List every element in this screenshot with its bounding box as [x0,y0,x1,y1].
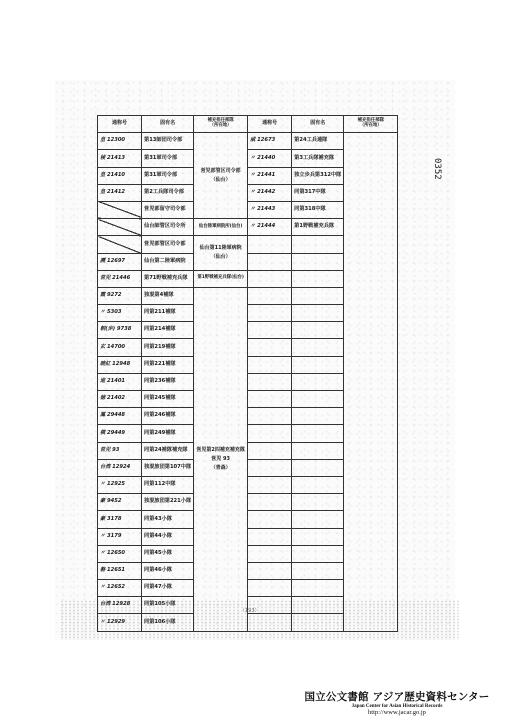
header-name-right: 固有名 [292,116,344,133]
unit-code: 営児 21446 [98,270,142,287]
unit-name: 営児部留守司令部 [142,201,194,218]
unit-code [248,339,292,356]
header-name-left: 固有名 [142,116,194,133]
unit-name: 仙台師管区司令所 [142,219,194,236]
unit-name: 独立歩兵第312中隊 [292,167,344,184]
unit-name [292,476,344,493]
unit-code [248,459,292,476]
unit-code [98,236,142,253]
unit-name: 同第214補隊 [142,322,194,339]
unit-name: 独混第4補隊 [142,287,194,304]
unit-code: 磐 12651 [98,562,142,579]
unit-name [292,322,344,339]
unit-name: 第24工兵連隊 [292,133,344,150]
unit-code: 〃 3179 [98,528,142,545]
unit-name: 第13師団司令部 [142,133,194,150]
unit-name [292,545,344,562]
header-supply-left: 補充担任部隊 （所在地） [194,116,248,133]
table-row: 皇 12300第13師団司令部営児部管区司令部（仙台）威 12673第24工兵連… [98,133,398,150]
unit-name: 同第105小隊 [142,597,194,614]
unit-code [248,511,292,528]
unit-code: 模 29449 [98,425,142,442]
unit-name [292,459,344,476]
unit-name [292,270,344,287]
unit-name [292,597,344,614]
unit-code: 皇 21410 [98,167,142,184]
unit-name: 第31軍司令部 [142,167,194,184]
unit-code [248,476,292,493]
unit-code [248,391,292,408]
unit-name: 第1野戦補充兵隊 [292,219,344,236]
unit-name [292,494,344,511]
header-code-left: 通称号 [98,116,142,133]
unit-name [292,614,344,631]
unit-name [292,373,344,390]
unit-name: 独混旅団第107中隊 [142,459,194,476]
unit-code: 〃 5303 [98,305,142,322]
unit-code: 〃 12650 [98,545,142,562]
page-number: 0352 [432,158,442,180]
unit-name [292,287,344,304]
unit-code: 豪 3178 [98,511,142,528]
unit-name: 同第318中隊 [292,201,344,218]
supply-unit-block: 営児部管区司令部（仙台） [194,133,248,219]
unit-name: 第31軍司令部 [142,150,194,167]
unit-name: 第3工兵隊補充隊 [292,150,344,167]
unit-name: 同第317中隊 [292,184,344,201]
unit-code: 護 12697 [98,253,142,270]
unit-code [98,201,142,218]
table-header-row: 通称号 固有名 補充担任部隊 （所在地） 通称号 固有名 補充担任部隊 （所在地… [98,116,398,133]
unit-code [248,253,292,270]
unit-code: 朝(歩) 9738 [98,322,142,339]
unit-code: 〃 21441 [248,167,292,184]
archive-footer: 国立公文書館 アジア歴史資料センター Japan Center for Asia… [285,689,509,716]
unit-code: 稜 21413 [98,150,142,167]
unit-code [248,305,292,322]
unit-name: 同第211補隊 [142,305,194,322]
unit-name: 同第24補隊補充隊 [142,442,194,459]
unit-name [292,442,344,459]
supply-unit: 第1野戦補充兵隊(仙台) [194,270,248,287]
unit-name: 同第43小隊 [142,511,194,528]
unit-name: 同第249補隊 [142,425,194,442]
unit-name: 同第106小隊 [142,614,194,631]
unit-name: 同第219補隊 [142,339,194,356]
unit-code: 〃 12652 [98,580,142,597]
supply-unit-code: 営児 93 [196,455,245,464]
unit-code: 〃 21442 [248,184,292,201]
unit-name: 同第44小隊 [142,528,194,545]
unit-code [248,528,292,545]
unit-code: 進 21401 [98,373,142,390]
unit-code [248,322,292,339]
unit-name: 同第46小隊 [142,562,194,579]
unit-code: 台湾 12924 [98,459,142,476]
unit-name [292,305,344,322]
unit-code: 〃 12929 [98,614,142,631]
unit-code [248,287,292,304]
unit-code [248,425,292,442]
unit-name: 同第245補隊 [142,391,194,408]
unit-code [248,580,292,597]
unit-code [248,356,292,373]
unit-code: 暁紅 12948 [98,356,142,373]
supply-unit-line: 営児第2四補充補充隊 [196,446,245,455]
unit-name: 同第112中隊 [142,476,194,493]
supply-unit-location: （青森） [196,464,245,473]
unit-code [248,614,292,631]
supply-unit-empty [344,133,398,631]
unit-code: 〃 21440 [248,150,292,167]
unit-name [292,339,344,356]
supply-unit-location: （仙台） [196,176,245,185]
unit-name: 同第47小隊 [142,580,194,597]
unit-code: 〃 21443 [248,201,292,218]
unit-code [248,236,292,253]
unit-code [98,219,142,236]
archive-name-jp: 国立公文書館 アジア歴史資料センター [285,689,509,704]
unit-name [292,580,344,597]
supply-unit-location: （仙台） [196,253,245,262]
unit-name: 同第45小隊 [142,545,194,562]
archive-url: http://www.jacar.go.jp [285,709,509,716]
unit-name [292,425,344,442]
header-code-right: 通称号 [248,116,292,133]
unit-code: 玄 14700 [98,339,142,356]
unit-name: 仙台第二陸軍病院 [142,253,194,270]
unit-code: 徳 21402 [98,391,142,408]
unit-name [292,236,344,253]
header-supply-right: 補充担任部隊 （所在地） [344,116,398,133]
unit-name: 同第236補隊 [142,373,194,390]
supply-unit-block: 営児第2四補充補充隊営児 93（青森） [194,287,248,631]
supply-unit-line: 営児部管区司令部 [196,167,245,176]
unit-name [292,511,344,528]
unit-code: 霞 9272 [98,287,142,304]
unit-code [248,373,292,390]
unit-code: 皇 12300 [98,133,142,150]
unit-code [248,562,292,579]
unit-code: 営児 93 [98,442,142,459]
unit-name [292,391,344,408]
supply-unit-line: 仙台第11陸軍病院 [196,244,245,253]
unit-code: 〃 12925 [98,476,142,493]
unit-code: 威 12673 [248,133,292,150]
unit-code: 皇 21412 [98,184,142,201]
unit-code [248,408,292,425]
supply-unit-block: 仙台第11陸軍病院（仙台） [194,236,248,270]
supply-unit: 仙台陸軍病院所(仙台) [194,219,248,236]
unit-name [292,408,344,425]
page-mark: （193） [240,607,260,614]
unit-code: 台湾 12928 [98,597,142,614]
unit-name: 同第221補隊 [142,356,194,373]
unit-name [292,528,344,545]
unit-name [292,356,344,373]
unit-name [292,253,344,270]
unit-name: 同第246補隊 [142,408,194,425]
unit-name: 営児部管区司令部 [142,236,194,253]
unit-code [248,545,292,562]
unit-name: 第2工兵隊司令部 [142,184,194,201]
unit-code [248,270,292,287]
unit-code: 鳳 29448 [98,408,142,425]
unit-code: 豪 9452 [98,494,142,511]
unit-name [292,562,344,579]
unit-name: 第71野戦補充兵隊 [142,270,194,287]
unit-table: 通称号 固有名 補充担任部隊 （所在地） 通称号 固有名 補充担任部隊 （所在地… [97,115,398,632]
unit-code [248,442,292,459]
unit-name: 独混旅団第221小隊 [142,494,194,511]
unit-code: 〃 21444 [248,219,292,236]
unit-code [248,494,292,511]
